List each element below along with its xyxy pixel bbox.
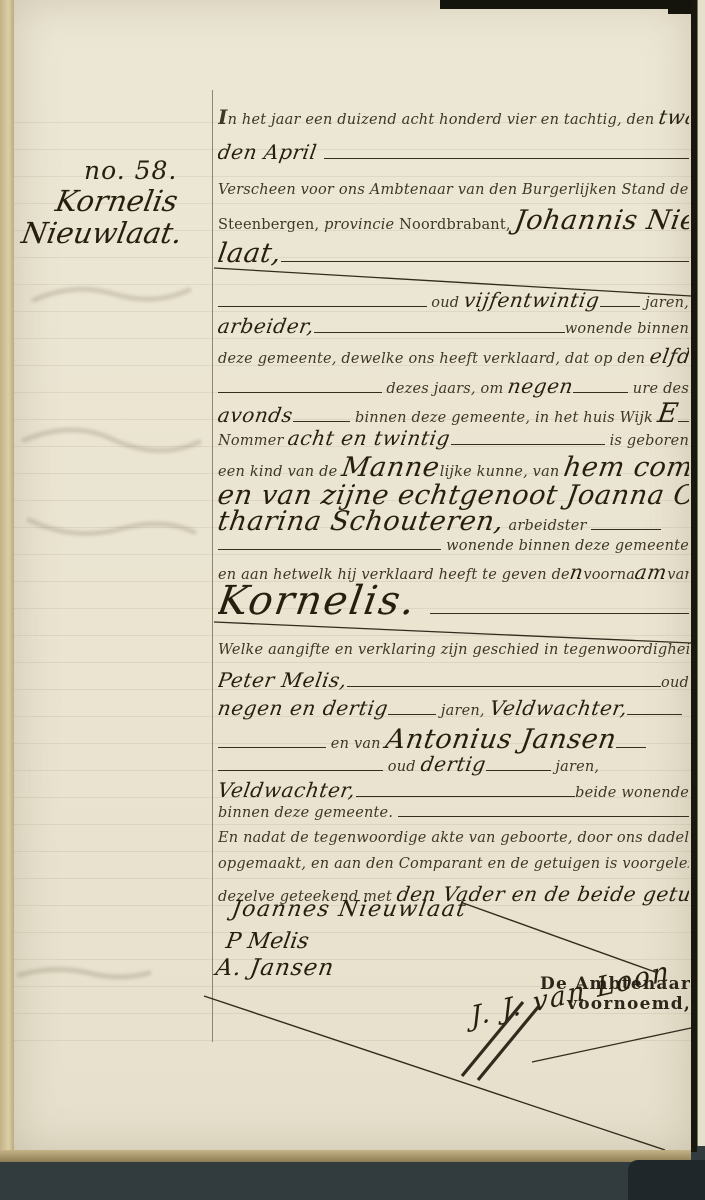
printed-text: arbeidster <box>504 518 592 534</box>
handwritten-text: acht en twintig <box>287 426 453 450</box>
fill-rule-line <box>573 390 628 393</box>
handwritten-text: Manne <box>340 452 442 483</box>
fill-rule-line <box>678 419 689 422</box>
margin-name-last: Nieuwlaat. <box>19 216 185 250</box>
form-line-11: Nommer acht en twintig is geboren <box>218 426 689 450</box>
printed-text: wonende binnen deze gemeente <box>441 538 689 554</box>
form-line-2: den April <box>218 140 689 164</box>
handwritten-text: den April <box>218 140 326 164</box>
form-line-4: Steenbergen, provincie Noordbrabant, Joh… <box>218 205 689 236</box>
printed-text: Noordbrabant, <box>399 217 515 233</box>
fill-rule-line <box>616 745 646 748</box>
form-line-19: Peter Melis,oud <box>218 668 689 692</box>
printed-text: is geboren <box>605 433 689 449</box>
signature-witness1: P Melis <box>224 929 311 954</box>
fill-rule-line <box>281 259 689 262</box>
cancellation-stroke <box>204 996 665 1150</box>
fill-rule-line <box>451 442 605 445</box>
signature-witness2: A. Jansen <box>214 955 336 981</box>
fill-rule-line <box>591 527 661 530</box>
signature-father: Joannes Nieuwlaat <box>230 897 469 922</box>
form-line-1: In het jaar een duizend acht honderd vie… <box>218 105 689 129</box>
form-line-10: avonds binnen deze gemeente, in het huis… <box>218 398 689 429</box>
handwritten-text: Veldwachter, <box>488 696 629 720</box>
form-line-14: tharina Schouteren, arbeidster <box>218 506 689 537</box>
printed-text: beide wonende <box>575 785 689 801</box>
form-line-5: laat, <box>218 238 689 269</box>
fill-rule-line <box>347 684 661 687</box>
diagonal-fill-stroke-3 <box>463 903 658 973</box>
handwritten-text: tharina Schouteren, <box>218 506 506 537</box>
printed-initial: I <box>218 105 228 129</box>
handwritten-text: Antonius Jansen <box>383 724 618 755</box>
handwritten-text: E <box>655 398 680 429</box>
handwritten-text: negen en dertig <box>218 696 390 720</box>
fill-rule-line <box>486 768 551 771</box>
fill-rule-line <box>627 712 682 715</box>
previous-page-edge <box>0 0 15 1152</box>
form-line-17: Kornelis. <box>218 578 689 624</box>
printed-text: opgemaakt, en aan den Comparant en de ge… <box>218 856 689 872</box>
fill-rule-line <box>388 712 436 715</box>
book-clamp-shadow <box>628 1160 705 1200</box>
document-scan: no. 58. Kornelis Nieuwlaat. In het jaar … <box>0 0 705 1200</box>
fill-rule-line <box>314 330 565 333</box>
handwritten-text: twaalf <box>657 105 689 129</box>
fill-rule-line <box>324 156 689 159</box>
handwritten-text: avonds <box>218 403 295 427</box>
form-line-25: En nadat de tegenwoordige akte van geboo… <box>218 830 689 846</box>
signature-flourish-stroke <box>532 1028 691 1062</box>
printed-text: wonende binnen <box>565 321 689 337</box>
margin-name-first: Kornelis <box>53 184 180 218</box>
printed-text: jaren, <box>436 703 489 719</box>
printed-text: Welke aangifte en verklaring zijn geschi… <box>218 642 689 658</box>
diagonal-fill-stroke-2 <box>214 622 691 643</box>
next-page-edge <box>697 0 705 1146</box>
form-line-26: opgemaakt, en aan den Comparant en de ge… <box>218 856 689 872</box>
book-spine-shadow-top <box>440 0 705 9</box>
printed-text: lijke kunne, van <box>440 464 565 480</box>
fill-rule-line <box>293 419 350 422</box>
handwritten-text: hem comparant <box>562 452 689 483</box>
fill-rule-line <box>218 768 383 771</box>
printed-text: deze gemeente, dewelke ons heeft verklaa… <box>218 351 650 367</box>
printed-text: provincie <box>324 217 399 233</box>
fill-rule-line <box>218 745 326 748</box>
fill-rule-line <box>218 304 427 307</box>
handwritten-text: Veldwachter, <box>218 778 357 802</box>
printed-text: oud <box>661 675 689 691</box>
page-bottom-edge <box>0 1150 691 1162</box>
fill-rule-line <box>218 547 441 550</box>
form-line-3: Verscheen voor ons Ambtenaar van den Bur… <box>218 182 689 198</box>
form-line-8: deze gemeente, dewelke ons heeft verklaa… <box>218 344 689 368</box>
printed-text: jaren, <box>551 759 600 775</box>
printed-text: ure des <box>628 381 689 397</box>
handwritten-text: vijfentwintig <box>462 288 601 312</box>
printed-text: Verscheen voor ons Ambtenaar van den Bur… <box>218 182 689 198</box>
printed-text: oud <box>427 295 465 311</box>
printed-text: een kind van de <box>218 464 342 480</box>
printed-text: en van <box>326 736 386 752</box>
form-line-24: binnen deze gemeente. <box>218 805 689 821</box>
handwritten-text: arbeider, <box>218 314 316 338</box>
handwritten-text: dertig <box>419 752 488 776</box>
fill-rule-line <box>430 611 689 614</box>
printed-text: n het jaar een duizend acht honderd vier… <box>228 112 660 128</box>
handwritten-text: elfden April <box>648 344 689 368</box>
printed-text: En nadat de tegenwoordige akte van geboo… <box>218 830 689 846</box>
handwritten-text: Kornelis. <box>218 578 420 624</box>
margin-rule-line <box>212 90 213 1042</box>
handwritten-text: Peter Melis, <box>218 668 349 692</box>
act-number: no. 58. <box>84 156 177 185</box>
printed-text: binnen deze gemeente, in het huis Wijk <box>350 410 658 426</box>
form-line-9: dezes jaars, om negen ure des <box>218 374 689 398</box>
printed-text: jaren, <box>640 295 689 311</box>
printed-text: dezes jaars, om <box>382 381 509 397</box>
form-line-22: oud dertig jaren, <box>218 752 689 776</box>
fill-rule-line <box>600 304 641 307</box>
form-line-23: Veldwachter,beide wonende <box>218 778 689 802</box>
certificate-page: no. 58. Kornelis Nieuwlaat. In het jaar … <box>14 0 691 1152</box>
form-line-7: arbeider,wonende binnen <box>218 314 689 338</box>
form-line-6: oud vijfentwintig jaren, <box>218 288 689 312</box>
handwritten-text: laat, <box>218 238 284 269</box>
form-line-21: en van Antonius Jansen <box>218 724 689 755</box>
form-line-12: een kind van de Mannelijke kunne, van he… <box>218 452 689 483</box>
handwritten-text: Johannis Nieuw <box>513 205 689 236</box>
handwritten-text: negen <box>506 374 575 398</box>
form-line-15: wonende binnen deze gemeente <box>218 538 689 554</box>
form-line-20: negen en dertig jaren, Veldwachter, <box>218 696 689 720</box>
printed-text: Nommer <box>218 433 288 449</box>
fill-rule-line <box>218 390 382 393</box>
fill-rule-line <box>398 814 689 817</box>
printed-text: binnen deze gemeente. <box>218 805 398 821</box>
fill-rule-line <box>356 794 576 797</box>
printed-text: Steenbergen, <box>218 217 324 233</box>
form-line-18: Welke aangifte en verklaring zijn geschi… <box>218 642 689 658</box>
printed-text: oud <box>383 759 421 775</box>
